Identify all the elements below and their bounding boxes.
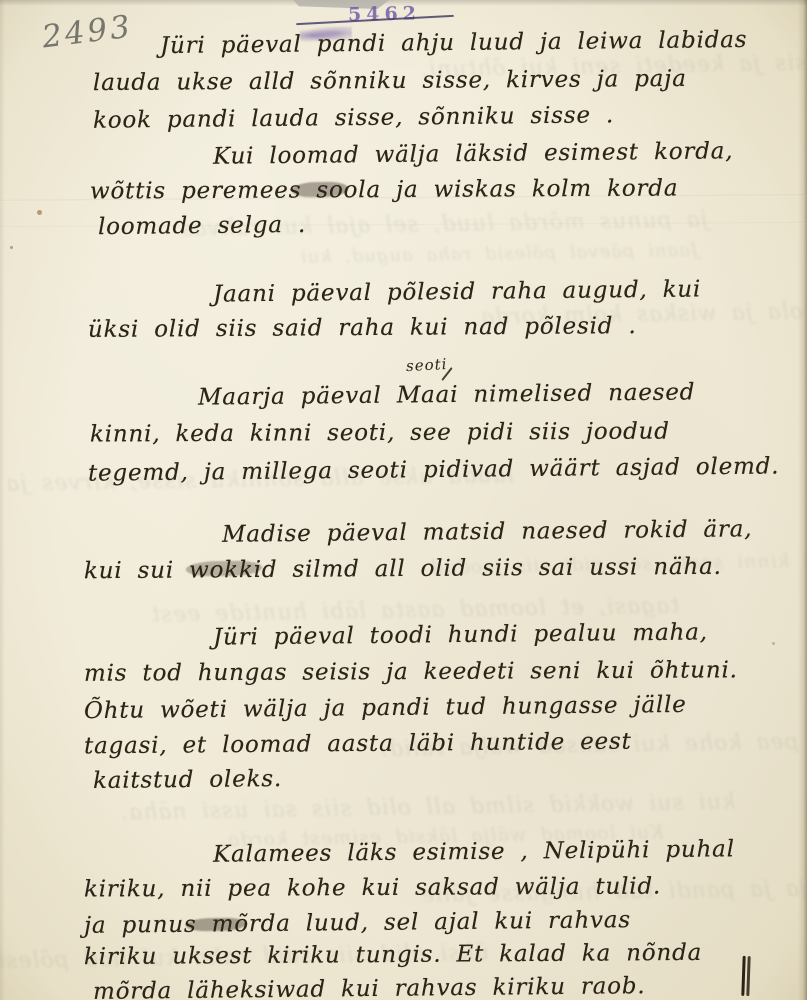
manuscript-line: Maarja päeval Maai nimelised naesed <box>198 379 695 410</box>
manuscript-line: kinni, keda kinni seoti, see pidi siis j… <box>90 418 670 447</box>
manuscript-line: kook pandi lauda sisse, sõnniku sisse . <box>93 102 614 133</box>
purple-number-stamp: 5462 <box>348 2 421 25</box>
vertical-ink-mark <box>741 956 751 996</box>
manuscript-line: Õhtu wõeti wälja ja pandi tud hungasse j… <box>84 692 687 724</box>
ink-speck <box>10 246 13 249</box>
manuscript-line: Kalamees läks esimise , Nelipühi puhal <box>213 836 735 867</box>
manuscript-line: ja punus mõrda luud, sel ajal kui rahvas <box>84 907 631 939</box>
foxing-spot <box>37 210 42 215</box>
manuscript-line: mis tod hungas seisis ja keedeti seni ku… <box>84 657 738 686</box>
manuscript-line: Kui loomad wälja läksid esimest korda, <box>213 138 734 169</box>
pencil-archive-number: 2493 <box>40 9 135 56</box>
manuscript-line: Jaani päeval põlesid raha augud, kui <box>213 276 701 307</box>
manuscript-line: lauda ukse alld sõnniku sisse, kirves ja… <box>93 66 687 96</box>
bleedthrough-text: Jaani päeval põlesid raha augud, kui <box>300 240 698 268</box>
manuscript-line: kiriku uksest kiriku tungis. Et kalad ka… <box>84 940 702 970</box>
manuscript-line: kaitstud oleks. <box>93 766 282 794</box>
foxing-spot <box>772 642 775 645</box>
manuscript-line: kui sui wokkid silmd all olid siis sai u… <box>84 554 722 584</box>
bleedthrough-text: kui sui wokkid silmd all olid siis sai u… <box>120 790 736 826</box>
manuscript-line: loomade selga . <box>98 212 306 240</box>
manuscript-line: mõrda läheksiwad kui rahvas kiriku raob. <box>93 973 646 1000</box>
page-left-edge-shadow <box>0 0 5 1000</box>
manuscript-line: kiriku, nii pea kohe kui saksad wälja tu… <box>84 873 661 902</box>
interlinear-insertion: seoti <box>406 355 448 375</box>
manuscript-line: Madise päeval matsid naesed rokid ära, <box>222 516 753 548</box>
manuscript-line: tagasi, et loomad aasta läbi huntide ees… <box>84 729 632 760</box>
manuscript-line: Jüri päeval toodi hundi pealuu maha, <box>213 619 708 650</box>
manuscript-line: tegemd, ja millega seoti pidivad wäärt a… <box>88 453 780 486</box>
page-right-edge-shadow <box>798 0 807 1000</box>
manuscript-line: üksi olid siis said raha kui nad põlesid… <box>88 313 637 343</box>
manuscript-line: wõttis peremees soola ja wiskas kolm kor… <box>90 175 678 204</box>
manuscript-page: mis tod hungas seisis ja keedeti seni ku… <box>0 0 807 1000</box>
